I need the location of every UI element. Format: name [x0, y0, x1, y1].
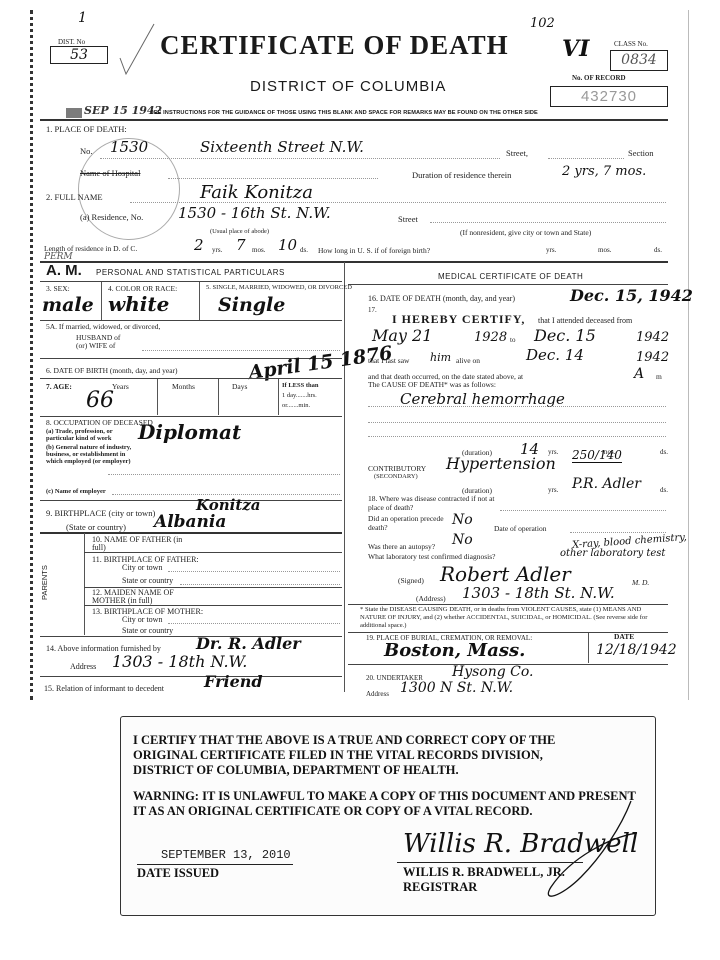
last-saw-who: him: [430, 351, 451, 364]
yrs-label: yrs.: [212, 246, 222, 254]
certify-text: that I attended deceased from: [538, 316, 632, 325]
foreign-mos-label: mos.: [598, 246, 611, 254]
m-label: m: [656, 372, 662, 381]
registrar-title: REGISTRAR: [403, 880, 477, 895]
received-stamp: [66, 108, 82, 118]
occupation-a-label: (a) Trade, profession, or particular kin…: [46, 428, 130, 442]
duration2-yrs-label: yrs.: [548, 486, 558, 494]
informant-address-value: 1303 - 18th N.W.: [112, 652, 247, 671]
operation-value: No: [452, 512, 473, 528]
duration2-value: P.R. Adler: [572, 476, 641, 492]
less-than-label: If LESS than: [282, 382, 319, 389]
attended-from-year: 1928: [474, 330, 507, 345]
place-of-death-label: 1. PLACE OF DEATH:: [46, 124, 127, 134]
medical-section-title: MEDICAL CERTIFICATE OF DEATH: [438, 272, 583, 281]
secondary-label: (SECONDARY): [374, 473, 418, 480]
dotted-line: [142, 350, 340, 351]
divider: [40, 378, 342, 379]
parents-side-label: PARENTS: [40, 565, 49, 600]
cert-line-1: I CERTIFY THAT THE ABOVE IS A TRUE AND C…: [133, 733, 555, 748]
cell-divider: [278, 379, 279, 415]
record-no-box: 432730: [550, 86, 668, 107]
undertaker-address-label: Address: [366, 690, 389, 698]
operation-label: Did an operation precede death?: [368, 514, 448, 532]
age-days-label: Days: [232, 382, 247, 391]
or-min-label: or.......min.: [282, 402, 310, 409]
date-issued-label: DATE ISSUED: [137, 866, 219, 881]
page-title: CERTIFICATE OF DEATH: [160, 30, 509, 61]
contributory-label: CONTRIBUTORY: [368, 464, 426, 473]
dotted-line: [108, 474, 340, 475]
roman-annotation: VI: [562, 36, 589, 62]
dob-label: 6. DATE OF BIRTH (month, day, and year): [46, 366, 178, 375]
md-label: M. D.: [632, 578, 649, 587]
dotted-line: [368, 422, 666, 423]
personal-section-title: PERSONAL AND STATISTICAL PARTICULARS: [96, 268, 285, 277]
duration-value: 2 yrs, 7 mos.: [562, 164, 646, 179]
occurred-time: A: [634, 366, 644, 382]
attended-to-year: 1942: [636, 330, 669, 345]
undertaker-value: Hysong Co.: [452, 664, 534, 680]
father-city-label: City or town: [122, 563, 162, 572]
am-mark: A. M.: [46, 262, 82, 279]
dist-no-label: DIST. No: [58, 38, 85, 46]
dotted-line: [430, 222, 666, 223]
ds-label: ds.: [300, 246, 308, 254]
residence-value: 1530 - 16th St. N.W.: [178, 204, 331, 222]
informant-value: Dr. R. Adler: [196, 634, 301, 653]
foreign-yrs-label: yrs.: [546, 246, 556, 254]
residence-street-label: Street: [398, 214, 418, 224]
registrar-name: WILLIS R. BRADWELL, JR.: [403, 865, 565, 880]
relation-value: Friend: [204, 672, 263, 691]
dotted-line: [168, 571, 340, 572]
divider: [348, 284, 668, 285]
parents-border: [84, 533, 85, 635]
duration-ds-label: ds.: [660, 448, 668, 456]
dotted-line: [180, 584, 340, 585]
length-mos-value: 7: [236, 236, 246, 254]
mother-name-label: 12. MAIDEN NAME OF MOTHER (in full): [92, 589, 192, 605]
mother-city-label: City or town: [122, 615, 162, 624]
checkmark-icon: [118, 22, 158, 78]
alive-on-label: alive on: [456, 356, 480, 365]
cause-label: The CAUSE OF DEATH* was as follows:: [368, 380, 496, 389]
contracted-label: 18. Where was disease contracted if not …: [368, 494, 508, 512]
dist-no-value: 53: [51, 47, 107, 63]
place-street-label: Street,: [506, 148, 528, 158]
burial-place-value: Boston, Mass.: [384, 640, 525, 661]
birthplace-country-value: Albania: [154, 512, 226, 532]
foreign-birth-label: How long in U. S. if of foreign birth?: [318, 246, 430, 255]
top-left-note: 1: [78, 10, 87, 26]
certification-box: I CERTIFY THAT THE ABOVE IS A TRUE AND C…: [120, 716, 656, 916]
dotted-line: [100, 158, 500, 159]
dotted-line: [112, 494, 340, 495]
place-no-label: No.: [80, 146, 93, 156]
last-saw-label: that I last saw: [368, 356, 409, 365]
cert-line-2: ORIGINAL CERTIFICATE FILED IN THE VITAL …: [133, 748, 543, 763]
class-no-label: CLASS No.: [614, 40, 648, 48]
cell-divider: [588, 633, 589, 663]
dist-no-box: 53: [50, 46, 108, 64]
mos-label: mos.: [252, 246, 265, 254]
dotted-line: [570, 532, 666, 533]
class-no-box: 0834: [610, 50, 668, 71]
place-street-value: Sixteenth Street N.W.: [200, 138, 364, 156]
divider: [84, 552, 342, 553]
blood-pressure-value: 250/140: [572, 448, 622, 463]
class-no-value: 0834: [611, 51, 667, 70]
dotted-line: [500, 510, 666, 511]
father-name-label: 10. NAME OF FATHER (in full): [92, 536, 192, 552]
cert-line-3: DISTRICT OF COLUMBIA, DEPARTMENT OF HEAL…: [133, 763, 459, 778]
dod-value: Dec. 15, 1942: [570, 286, 693, 305]
dotted-line: [368, 436, 666, 437]
dotted-line: [130, 202, 666, 203]
divider: [40, 320, 342, 321]
duration2-ds-label: ds.: [660, 486, 668, 494]
attended-to-value: Dec. 15: [534, 326, 596, 345]
age-years-value: 66: [86, 388, 114, 413]
cell-divider: [199, 282, 200, 320]
to-label: to: [510, 336, 515, 344]
divider: [348, 604, 668, 605]
column-divider: [344, 262, 345, 692]
burial-date-value: 12/18/1942: [596, 642, 677, 658]
divider: [40, 500, 342, 501]
occupation-b-label: (b) General nature of industry, business…: [46, 444, 134, 465]
full-name-label: 2. FULL NAME: [46, 192, 103, 202]
occupation-a-value: Diplomat: [138, 420, 241, 444]
place-no-value: 1530: [110, 138, 148, 156]
cause-footnote: * State the DISEASE CAUSING DEATH, or in…: [360, 606, 666, 630]
undertaker-address-value: 1300 N St. N.W.: [400, 680, 513, 696]
contributory-value: Hypertension: [446, 454, 556, 473]
attended-from-value: May 21: [372, 326, 432, 345]
registrar-underline: [397, 862, 583, 863]
birthplace-label: 9. BIRTHPLACE (city or town): [46, 508, 155, 518]
lab-label: What laboratory test confirmed diagnosis…: [368, 552, 495, 561]
cell-divider: [101, 282, 102, 320]
duration-label: Duration of residence therein: [412, 170, 511, 180]
cell-divider: [218, 379, 219, 415]
divider: [40, 261, 668, 263]
hospital-label: Name of Hospital: [80, 168, 140, 178]
record-no-value: 432730: [551, 87, 667, 106]
divider: [40, 676, 342, 677]
length-yrs-value: 2: [194, 236, 204, 254]
physician-signature: Robert Adler: [440, 562, 571, 586]
burial-date-label: DATE: [614, 632, 634, 641]
age-years-label: Years: [112, 382, 129, 391]
item-17: 17.: [368, 306, 377, 314]
divider: [84, 605, 342, 606]
relation-label: 15. Relation of informant to decedent: [44, 684, 164, 693]
alive-on-year: 1942: [636, 350, 669, 365]
cell-divider: [157, 379, 158, 415]
occupation-c-label: (c) Name of employer: [46, 488, 106, 495]
sex-label: 3. SEX:: [46, 284, 70, 293]
usual-abode-note: (Usual place of abode): [210, 228, 269, 235]
place-section-label: Section: [628, 148, 654, 158]
state-country-label: (State or country): [66, 522, 126, 532]
date-issued-value: SEPTEMBER 13, 2010: [161, 848, 291, 862]
marital-value: Single: [218, 294, 285, 316]
full-name-value: Faik Konitza: [200, 182, 313, 203]
age-label: 7. AGE:: [46, 382, 72, 391]
occupation-label: 8. OCCUPATION OF DECEASED: [46, 418, 153, 427]
date-issued-underline: [137, 864, 293, 865]
certify-heading: I HEREBY CERTIFY,: [392, 312, 525, 327]
foreign-ds-label: ds.: [654, 246, 662, 254]
top-note: 102: [530, 16, 555, 31]
dotted-line: [168, 178, 378, 179]
divider: [40, 532, 342, 534]
length-ds-value: 10: [278, 236, 297, 254]
sex-value: male: [42, 294, 94, 316]
dotted-line: [368, 406, 666, 407]
father-state-label: State or country: [122, 576, 173, 585]
record-no-label: No. OF RECORD: [572, 74, 626, 82]
dotted-line: [168, 623, 340, 624]
signed-label: (Signed): [398, 576, 424, 585]
marital-label: 5. SINGLE, MARRIED, WIDOWED, OR DIVORCED: [206, 284, 352, 291]
race-value: white: [108, 292, 169, 316]
spouse-label: 5A. If married, widowed, or divorced,: [46, 322, 160, 331]
page-subtitle: DISTRICT OF COLUMBIA: [250, 78, 446, 95]
divider: [40, 281, 342, 282]
residence-label: (a) Residence, No.: [80, 212, 143, 222]
dod-label: 16. DATE OF DEATH (month, day, and year): [368, 294, 515, 303]
dotted-line: [548, 158, 624, 159]
lab-value-2: other laboratory test: [560, 548, 665, 559]
physician-address-value: 1303 - 18th St. N.W.: [462, 584, 615, 602]
physician-address-label: (Address): [416, 594, 446, 603]
divider: [40, 119, 668, 121]
age-months-label: Months: [172, 382, 195, 391]
nonresident-note: (If nonresident, give city or town and S…: [460, 228, 591, 237]
alive-on-value: Dec. 14: [526, 346, 584, 364]
day-hrs-label: 1 day.......hrs.: [282, 392, 317, 399]
informant-address-label: Address: [70, 662, 96, 671]
operation-date-label: Date of operation: [494, 524, 546, 533]
divider: [40, 416, 342, 417]
wife-label: (or) WIFE of: [76, 342, 115, 350]
warning-line-2: IT AS AN ORIGINAL CERTIFICATE OR COPY OF…: [133, 804, 533, 819]
mother-state-label: State or country: [122, 626, 173, 635]
instructions-text: SEE INSTRUCTIONS FOR THE GUIDANCE OF THO…: [150, 110, 538, 116]
autopsy-label: Was there an autopsy?: [368, 542, 435, 551]
autopsy-value: No: [452, 532, 473, 548]
signature-flourish-icon: [521, 797, 641, 907]
